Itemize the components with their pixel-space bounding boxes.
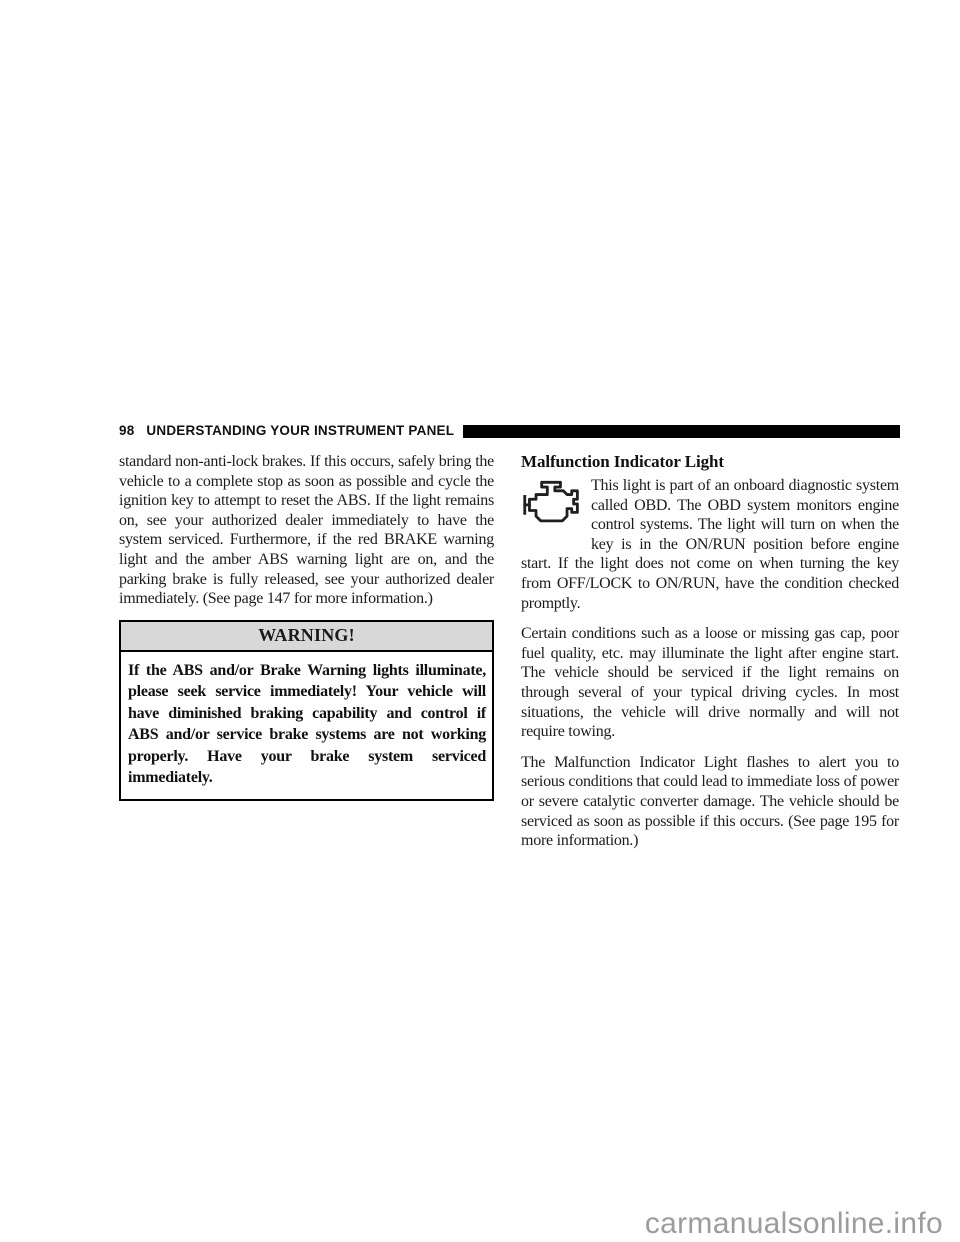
warning-title: WARNING! bbox=[121, 622, 492, 652]
intro-paragraph: standard non-anti-lock brakes. If this o… bbox=[119, 452, 494, 609]
running-header: 98 UNDERSTANDING YOUR INSTRUMENT PANEL bbox=[119, 423, 900, 438]
warning-body-text: If the ABS and/or Brake Warning lights i… bbox=[121, 652, 492, 799]
watermark-text: carmanualsonline.info bbox=[645, 1207, 943, 1241]
left-column: standard non-anti-lock brakes. If this o… bbox=[119, 452, 494, 801]
conditions-paragraph: Certain conditions such as a loose or mi… bbox=[521, 624, 899, 742]
flashing-paragraph: The Malfunction Indicator Light flashes … bbox=[521, 753, 899, 851]
page-number: 98 bbox=[119, 423, 134, 438]
page-title: UNDERSTANDING YOUR INSTRUMENT PANEL bbox=[146, 423, 454, 438]
check-engine-icon bbox=[521, 478, 585, 534]
right-column: Malfunction Indicator Light This light i… bbox=[521, 452, 899, 851]
manual-page: 98 UNDERSTANDING YOUR INSTRUMENT PANEL s… bbox=[0, 0, 960, 1242]
header-rule-bar bbox=[463, 425, 900, 438]
mil-paragraph: This light is part of an onboard diagnos… bbox=[521, 476, 899, 613]
warning-box: WARNING! If the ABS and/or Brake Warning… bbox=[119, 620, 494, 801]
section-heading: Malfunction Indicator Light bbox=[521, 452, 899, 472]
